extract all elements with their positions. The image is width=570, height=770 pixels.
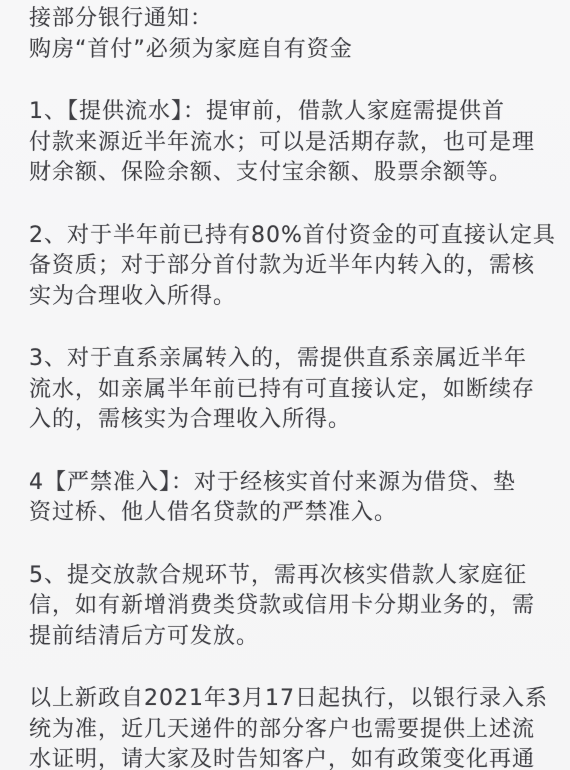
header-line: 接部分银行通知： <box>29 4 548 35</box>
notice-footer: 以上新政自2021年3月17日起执行，以银行录入系 统为准，近几天递件的部分客户… <box>29 684 548 770</box>
notice-item-2: 2、对于半年前已持有80%首付资金的可直接认定具 备资质；对于部分首付款为近半年… <box>29 221 548 313</box>
notice-item-5: 5、提交放款合规环节，需再次核实借款人家庭征 信，如有新增消费类贷款或信用卡分期… <box>29 561 548 653</box>
text-line: 备资质；对于部分首付款为近半年内转入的，需核 <box>29 251 548 282</box>
text-line: 4【严禁准入】：对于经核实首付来源为借贷、垫 <box>29 468 548 499</box>
notice-header: 接部分银行通知： 购房“首付”必须为家庭自有资金 <box>29 4 548 65</box>
text-line: 1、【提供流水】：提审前，借款人家庭需提供首 <box>29 97 548 128</box>
notice-document: 接部分银行通知： 购房“首付”必须为家庭自有资金 1、【提供流水】：提审前，借款… <box>0 0 570 770</box>
text-line: 信，如有新增消费类贷款或信用卡分期业务的，需 <box>29 591 548 622</box>
text-line: 5、提交放款合规环节，需再次核实借款人家庭征 <box>29 561 548 592</box>
text-line: 实为合理收入所得。 <box>29 282 548 313</box>
text-line: 付款来源近半年流水；可以是活期存款，也可是理 <box>29 128 548 159</box>
text-line: 统为准，近几天递件的部分客户也需要提供上述流 <box>29 715 548 746</box>
text-line: 流水，如亲属半年前已持有可直接认定，如断续存 <box>29 375 548 406</box>
text-line: 3、对于直系亲属转入的，需提供直系亲属近半年 <box>29 344 548 375</box>
notice-item-3: 3、对于直系亲属转入的，需提供直系亲属近半年 流水，如亲属半年前已持有可直接认定… <box>29 344 548 436</box>
text-line: 资过桥、他人借名贷款的严禁准入。 <box>29 498 548 529</box>
header-line: 购房“首付”必须为家庭自有资金 <box>29 35 548 66</box>
notice-item-4: 4【严禁准入】：对于经核实首付来源为借贷、垫 资过桥、他人借名贷款的严禁准入。 <box>29 468 548 529</box>
text-line: 提前结清后方可发放。 <box>29 622 548 653</box>
text-line: 财余额、保险余额、支付宝余额、股票余额等。 <box>29 158 548 189</box>
text-line: 2、对于半年前已持有80%首付资金的可直接认定具 <box>29 221 548 252</box>
text-line: 水证明，请大家及时告知客户，如有政策变化再通 <box>29 745 548 770</box>
text-line: 入的，需核实为合理收入所得。 <box>29 405 548 436</box>
notice-item-1: 1、【提供流水】：提审前，借款人家庭需提供首 付款来源近半年流水；可以是活期存款… <box>29 97 548 189</box>
text-line: 以上新政自2021年3月17日起执行，以银行录入系 <box>29 684 548 715</box>
